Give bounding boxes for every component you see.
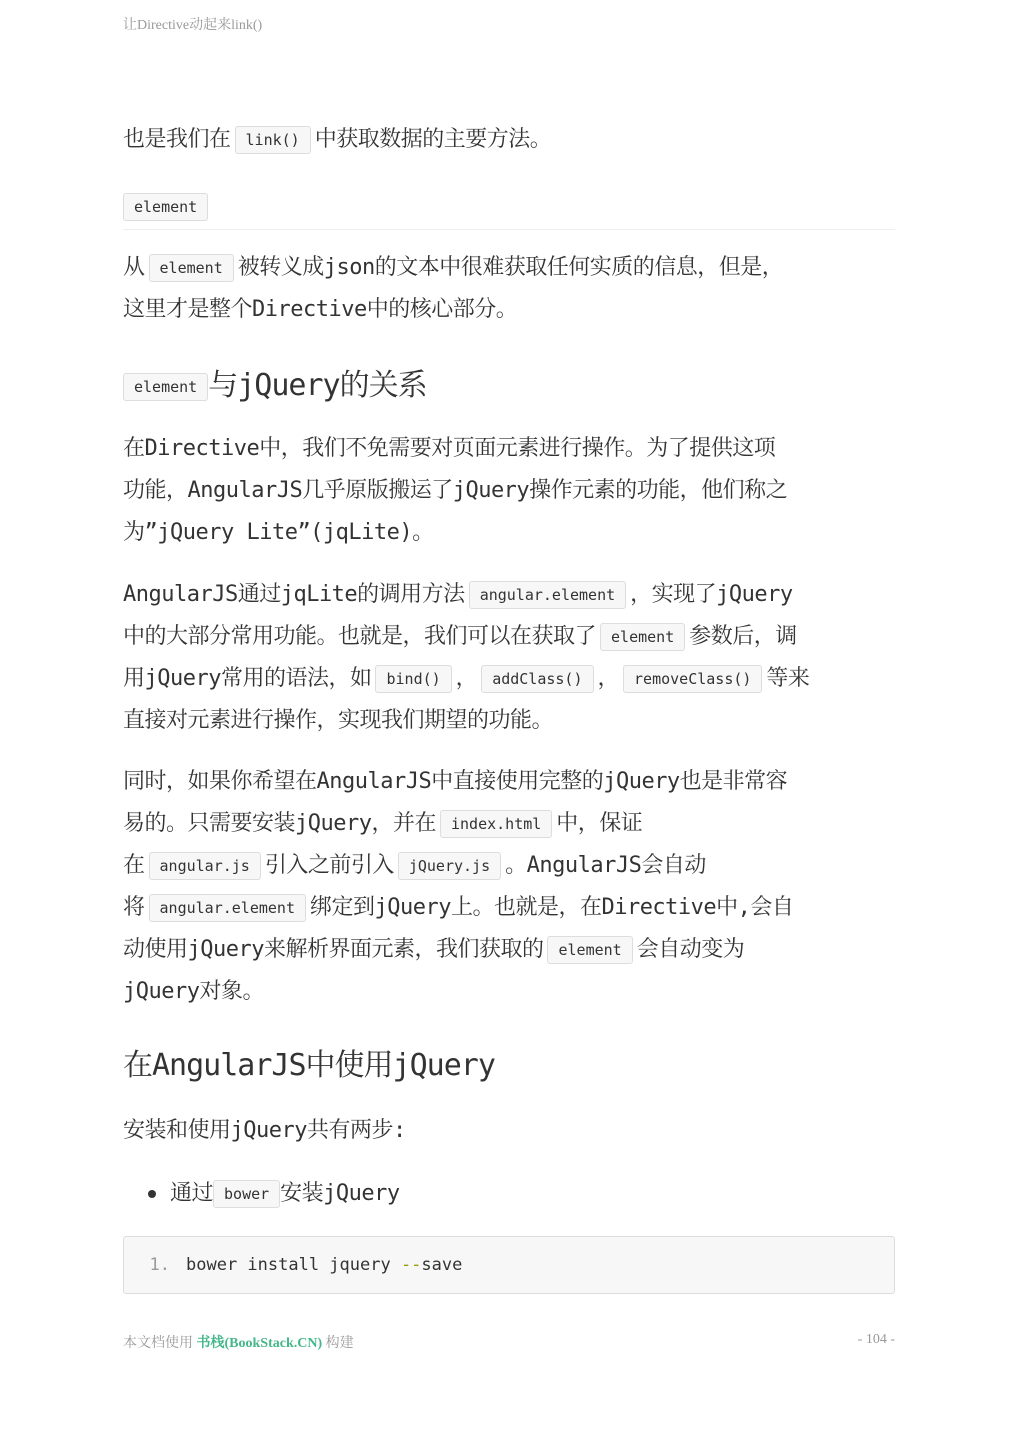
inline-code: angular.element (469, 581, 626, 609)
text: 等来 (766, 666, 809, 691)
inline-code: element (600, 623, 685, 651)
inline-code: index.html (440, 810, 552, 838)
text: 构建 (326, 1336, 354, 1351)
code-block: 1.bower install jquery --save (123, 1236, 895, 1294)
section-heading-element: element (123, 193, 895, 230)
inline-code: bower (213, 1180, 280, 1208)
inline-code: element (123, 373, 208, 401)
code-text: bower install jquery (186, 1255, 401, 1275)
text: ，实现了jQuery (630, 582, 792, 607)
text: 中的大部分常用功能。也就是，我们可以在获取了 (123, 624, 596, 649)
code-text: save (421, 1255, 462, 1275)
text: 易的。只需要安装jQuery，并在 (123, 811, 436, 836)
heading-text: 与jQuery的关系 (208, 368, 426, 403)
text: 将 (123, 895, 145, 920)
footer-credit: 本文档使用 书栈(BookStack.CN) 构建 (123, 1332, 354, 1352)
text: AngularJS通过jqLite的调用方法 (123, 582, 465, 607)
text: 中，保证 (556, 811, 642, 836)
text: 参数后，调 (689, 624, 797, 649)
paragraph-angular-element: AngularJS通过jqLite的调用方法angular.element，实现… (123, 574, 895, 742)
text: jQuery对象。 (123, 979, 264, 1004)
text: 安装jQuery (280, 1181, 399, 1206)
inline-code: angular.js (149, 852, 261, 880)
heading-use-jquery-in-angularjs: 在AngularJS中使用jQuery (123, 1046, 495, 1086)
inline-code: addClass() (481, 665, 593, 693)
code-operator: -- (401, 1255, 421, 1275)
bookstack-link[interactable]: 书栈(BookStack.CN) (197, 1336, 323, 1351)
paragraph-two-steps: 安装和使用jQuery共有两步: (123, 1110, 895, 1152)
inline-code: removeClass() (623, 665, 762, 693)
text: 为”jQuery Lite”(jqLite)。 (123, 520, 434, 545)
heading-element-and-jquery: element与jQuery的关系 (123, 366, 427, 406)
inline-code: jQuery.js (398, 852, 501, 880)
text: 引入之前引入 (265, 853, 394, 878)
text: 也是我们在 (123, 127, 231, 152)
text: 用jQuery常用的语法，如 (123, 666, 371, 691)
text: 直接对元素进行操作，实现我们期望的功能。 (123, 708, 553, 733)
paragraph-element-core: 从element被转义成json的文本中很难获取任何实质的信息，但是， 这里才是… (123, 247, 895, 331)
inline-code: element (149, 254, 234, 282)
inline-code: bind() (375, 665, 451, 693)
text: 动使用jQuery来解析界面元素，我们获取的 (123, 937, 543, 962)
text: 通过 (170, 1181, 213, 1206)
text: 绑定到jQuery上。也就是，在Directive中,会自 (310, 895, 793, 920)
inline-code: element (123, 193, 208, 221)
page-number: - 104 - (858, 1332, 895, 1348)
paragraph-full-jquery: 同时，如果你希望在AngularJS中直接使用完整的jQuery也是非常容 易的… (123, 761, 895, 1013)
text: 会自动变为 (637, 937, 745, 962)
text: 本文档使用 (123, 1336, 193, 1351)
text: 。AngularJS会自动 (505, 853, 706, 878)
text: 在 (123, 853, 145, 878)
text: 在Directive中，我们不免需要对页面元素进行操作。为了提供这项 (123, 436, 775, 461)
text: ， (598, 666, 620, 691)
text: 从 (123, 255, 145, 280)
text: 中获取数据的主要方法。 (315, 127, 552, 152)
text: 同时，如果你希望在AngularJS中直接使用完整的jQuery也是非常容 (123, 769, 787, 794)
inline-code: link() (235, 126, 311, 154)
text: 这里才是整个Directive中的核心部分。 (123, 297, 517, 322)
paragraph-jqlite-intro: 在Directive中，我们不免需要对页面元素进行操作。为了提供这项 功能，An… (123, 428, 895, 554)
inline-code: angular.element (149, 894, 306, 922)
inline-code: element (547, 936, 632, 964)
text: 被转义成json的文本中很难获取任何实质的信息，但是， (238, 255, 783, 280)
paragraph-link-method: 也是我们在link()中获取数据的主要方法。 (123, 119, 895, 161)
list-item: 通过bower安装jQuery (148, 1174, 400, 1214)
bullet-icon (148, 1190, 156, 1198)
text: 功能，AngularJS几乎原版搬运了jQuery操作元素的功能，他们称之 (123, 478, 787, 503)
running-header-title: 让Directive动起来link() (123, 14, 262, 34)
text: ， (456, 666, 478, 691)
line-number: 1. (124, 1237, 170, 1293)
